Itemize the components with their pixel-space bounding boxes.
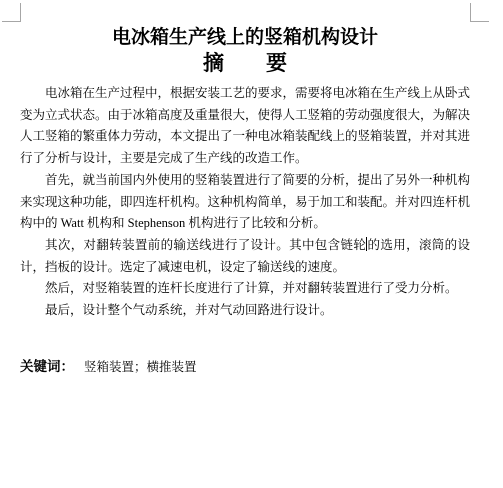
paragraph-text-before-caret: 其次，对翻转装置前的输送线进行了设计。其中包含链轮 [45, 238, 366, 252]
keywords-text: 竖箱装置；横推装置 [84, 360, 197, 374]
abstract-paragraph-5[interactable]: 最后，设计整个气动系统，并对气动回路进行设计。 [20, 300, 470, 322]
document-text-area[interactable]: 电冰箱生产线上的竖箱机构设计 摘 要 电冰箱在生产过程中，根据安装工艺的要求，需… [20, 26, 470, 378]
abstract-paragraph-3[interactable]: 其次，对翻转装置前的输送线进行了设计。其中包含链轮的选用，滚筒的设计，挡板的设计… [20, 235, 470, 278]
abstract-paragraph-4[interactable]: 然后，对竖箱装置的连杆长度进行了计算，并对翻转装置进行了受力分析。 [20, 278, 470, 300]
margin-mark-top-right-vertical [470, 3, 471, 22]
abstract-paragraph-2[interactable]: 首先，就当前国内外使用的竖箱装置进行了简要的分析，提出了另外一种机构来实现这种功… [20, 170, 470, 235]
margin-mark-top-left-horizontal [2, 21, 21, 22]
keywords-label: 关键词： [20, 359, 74, 374]
margin-mark-top-right-horizontal [470, 21, 489, 22]
keywords-line[interactable]: 关键词：竖箱装置；横推装置 [20, 356, 470, 379]
abstract-heading[interactable]: 摘 要 [20, 50, 470, 76]
word-document-page: 电冰箱生产线上的竖箱机构设计 摘 要 电冰箱在生产过程中，根据安装工艺的要求，需… [0, 0, 503, 488]
margin-mark-top-left-vertical [20, 3, 21, 22]
document-title[interactable]: 电冰箱生产线上的竖箱机构设计 [20, 26, 470, 50]
abstract-paragraph-1[interactable]: 电冰箱在生产过程中，根据安装工艺的要求，需要将电冰箱在生产线上从卧式变为立式状态… [20, 83, 470, 170]
